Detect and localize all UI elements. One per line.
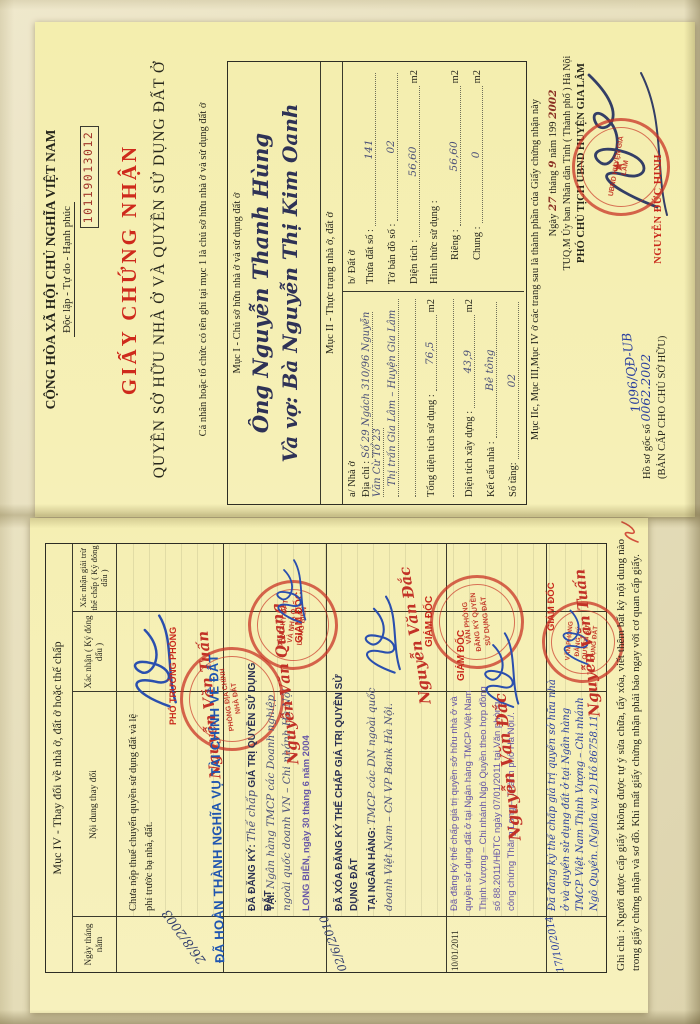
divider <box>342 62 343 504</box>
dotted-blank-line <box>405 299 416 497</box>
confirm-signature <box>260 553 318 631</box>
copy-note: (BẢN CẤP CHO CHỦ SỞ HỮU) <box>657 269 668 479</box>
floors-value: 02 <box>506 302 519 459</box>
pages-note: Mục IIc, Mục III,Mục IV ở các trang sau … <box>530 22 541 517</box>
place-date-stamp: LONG BIÊN, ngày 30 tháng 6 năm 2004 <box>301 735 312 911</box>
private-row: Riêng : 56,60 m2 <box>448 70 461 284</box>
table-line <box>116 544 117 972</box>
shared-value: 0 <box>470 86 483 223</box>
section4-heading: Mục IV - Thay đổi về nhà ở, đất ở hoặc t… <box>50 544 65 972</box>
issue-day: 27 <box>547 196 559 211</box>
confirm-title: PHÓ TRƯỞNG PHÒNG <box>168 575 178 725</box>
area-row: Diện tích : 56,60 m2 <box>407 70 420 284</box>
certificate-front-page: CỘNG HÒA XÃ HỘI CHỦ NGHĨA VIỆT NAM Độc l… <box>35 22 695 517</box>
area-value: 56,60 <box>407 86 420 236</box>
column-divider <box>342 291 524 292</box>
dossier-block: 1096/QĐ-UB Hồ sơ gốc số 0062.2002 (BẢN C… <box>621 269 668 479</box>
signer-name: NGUYỄN ĐỨC HINH <box>653 149 664 269</box>
total-area-value: 76,5 <box>424 315 437 391</box>
red-pen-mark <box>618 519 642 545</box>
built-area-value: 43,9 <box>462 315 475 407</box>
divider <box>320 62 321 504</box>
dossier-line: Hồ sơ gốc số 0062.2002 <box>638 269 653 479</box>
house-address: Địa chỉ : Số 29 Ngách 310/96 Nguyễn Văn … <box>361 299 383 497</box>
use-form-label: Hình thức sử dụng : <box>429 70 440 284</box>
built-area-row: Diện tích xây dựng : 43,9 m2 <box>462 299 475 497</box>
structure-row: Kết cấu nhà : Bê tông <box>484 299 497 497</box>
serial-number-box: 10119013012 <box>80 126 99 228</box>
private-value: 56,60 <box>448 86 461 226</box>
section2-heading: Mục II - Thực trạng nhà ở, đất ở <box>324 62 336 504</box>
change-row-date: 10/01/2011 <box>450 917 460 971</box>
map-value: 02 <box>385 73 398 221</box>
house-address-value-2: Thị trấn Gia Lâm – Huyện Gia Lâm <box>387 299 399 497</box>
column-header-confirm: Xác nhận ( Ký đóng dấu ) <box>72 612 116 692</box>
certificate-subtitle: QUYỀN SỞ HỮU NHÀ Ở VÀ QUYỀN SỬ DỤNG ĐẤT … <box>151 22 169 517</box>
house-heading: a/ Nhà ở <box>347 299 358 497</box>
map-row: Tờ bản đồ số : 02 <box>385 70 398 284</box>
land-column: b/ Đất ở Thửa đất số : 141 Tờ bản đồ số … <box>347 70 483 284</box>
certificate-title: GIẤY CHỨNG NHẬN <box>117 22 142 517</box>
holder-note: Cá nhân hoặc tổ chức có tên ghi tại mục … <box>198 22 209 517</box>
shared-row: Chung : 0 m2 <box>470 70 483 284</box>
footer-note: Ghi chú : Người được cấp giấy không được… <box>614 539 644 971</box>
plot-value: 141 <box>363 73 376 226</box>
section1-heading: Mục I - Chủ sở hữu nhà ở và sử dụng đất … <box>232 62 243 504</box>
structure-value: Bê tông <box>484 302 497 438</box>
owner-name-1: Ông Nguyễn Thanh Hùng <box>248 62 273 504</box>
column-header-content: Nội dung thay đổi <box>72 692 116 917</box>
column-header-date: Ngày tháng năm <box>72 917 116 972</box>
issue-date-line: Ngày 27 tháng 9 năm 199 2002 <box>547 47 559 279</box>
land-heading: b/ Đất ở <box>347 70 358 284</box>
owner-name-2: Và vợ: Bà Nguyễn Thị Kim Oanh <box>278 62 302 504</box>
change-row-content: Chưa nộp thuế chuyển quyền sử dụng đất v… <box>126 706 159 911</box>
plot-row: Thửa đất số : 141 <box>363 70 376 284</box>
total-area-row: Tổng diện tích sử dụng : 76,5 m2 <box>424 299 437 497</box>
floors-row: Số tầng: 02 <box>506 299 519 497</box>
certificate-changes-page: Mục IV - Thay đổi về nhà ở, đất ở hoặc t… <box>30 518 648 1013</box>
national-motto-line2: Độc lập - Tự do - Hạnh phúc <box>61 22 73 517</box>
column-header-release: Xác nhận giải trừ thế chấp ( Ký đóng dấu… <box>72 544 116 612</box>
issue-month: 9 <box>547 161 559 168</box>
national-motto: CỘNG HÒA XÃ HỘI CHỦ NGHĨA VIỆT NAM <box>43 22 59 517</box>
change-row-bank: TẠI NGÂN HÀNG: TMCP các DN ngoài quốc do… <box>364 676 399 911</box>
house-column: a/ Nhà ở Địa chỉ : Số 29 Ngách 310/96 Ng… <box>347 299 519 497</box>
change-row-content: ĐÃ XÓA ĐĂNG KÝ THẾ CHẤP GIÁ TRỊ QUYỀN SỬ… <box>332 671 362 911</box>
issue-year: 2002 <box>547 90 559 119</box>
dotted-blank-line <box>443 299 454 497</box>
main-info-box: Mục I - Chủ sở hữu nhà ở và sử dụng đất … <box>227 61 527 505</box>
